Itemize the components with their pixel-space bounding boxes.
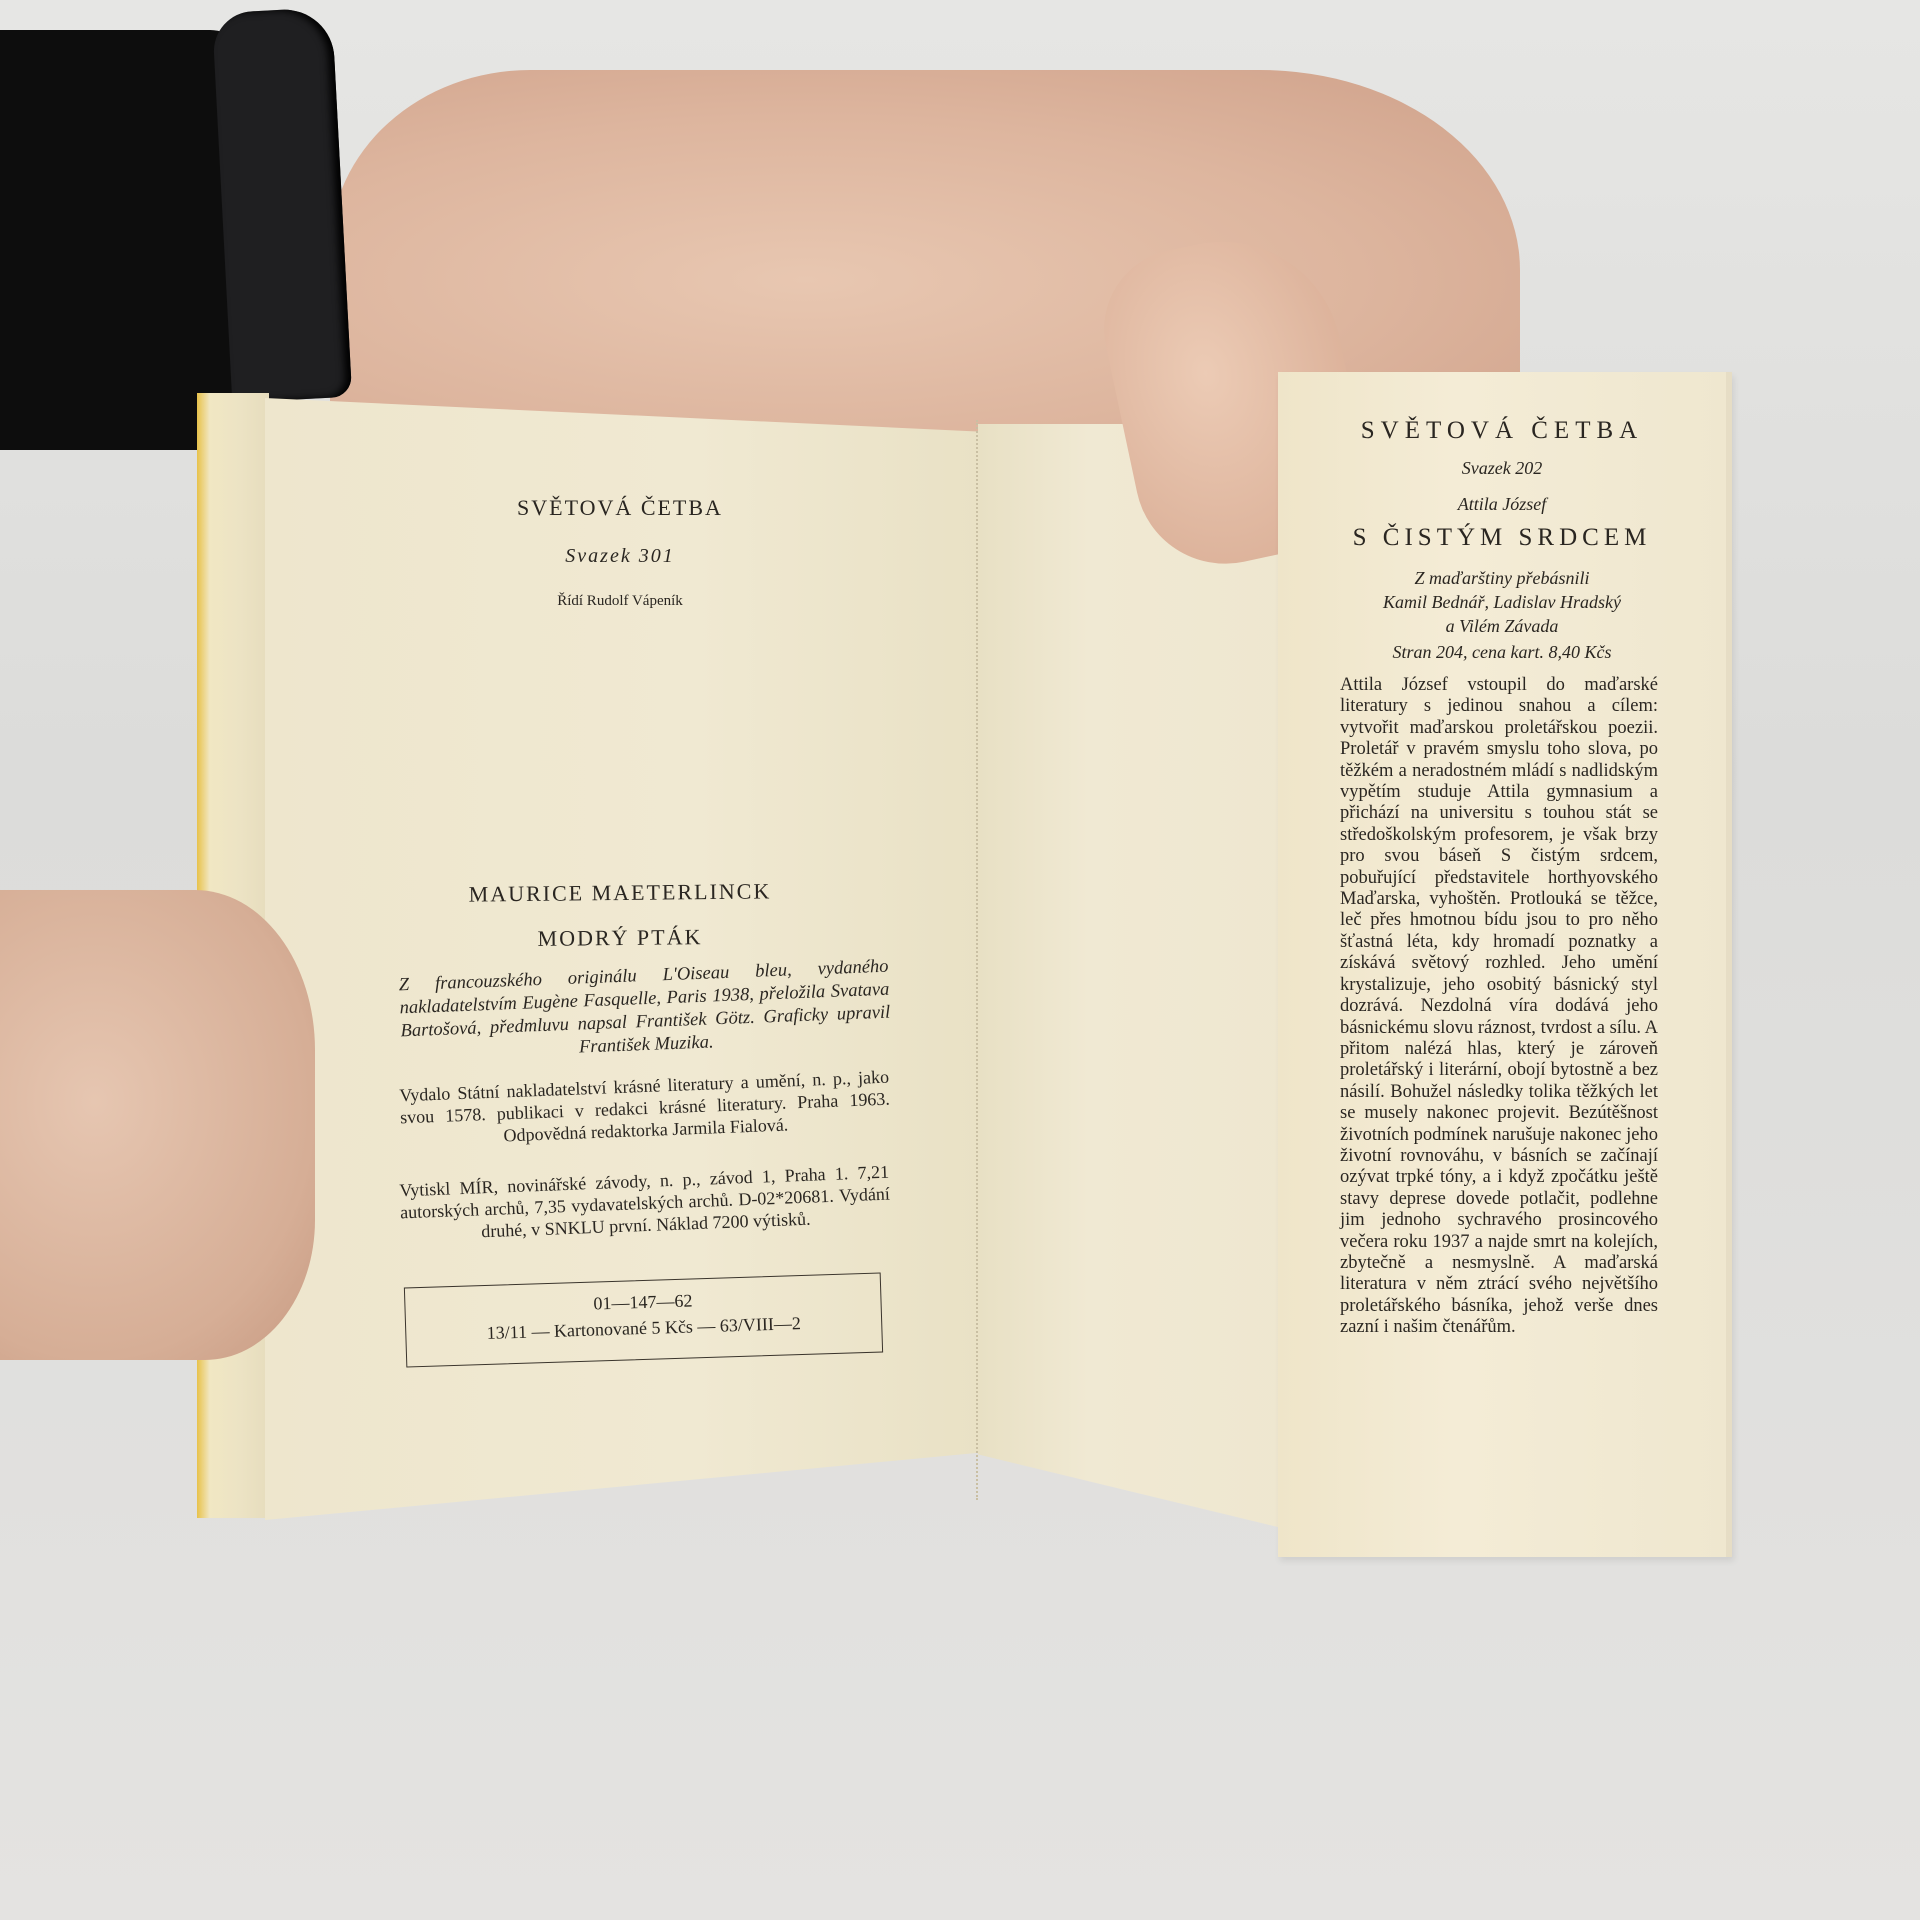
card-series: SVĚTOVÁ ČETBA: [1278, 417, 1726, 445]
card-price: Stran 204, cena kart. 8,40 Kčs: [1278, 642, 1726, 663]
card-volume: Svazek 202: [1278, 458, 1726, 479]
card-translators-line: Z maďarštiny přebásnili: [1278, 566, 1726, 590]
colophon-box: 01—147—62 13/11 — Kartonované 5 Kčs — 63…: [404, 1273, 883, 1368]
card-translators-line: a Vilém Závada: [1278, 614, 1726, 638]
card-description: Attila József vstoupil do maďarské liter…: [1340, 675, 1658, 1339]
series-editor: Řídí Rudolf Vápeník: [330, 593, 910, 610]
translation-note: Z francouzského originálu L'Oiseau bleu,…: [398, 956, 891, 1067]
card-translators-line: Kamil Bednář, Ladislav Hradský: [1278, 590, 1726, 614]
card-author: Attila József: [1278, 494, 1726, 515]
bookmark-card: SVĚTOVÁ ČETBA Svazek 202 Attila József S…: [1278, 372, 1732, 1557]
card-translators: Z maďarštiny přebásnili Kamil Bednář, La…: [1278, 566, 1726, 638]
series-title: SVĚTOVÁ ČETBA: [330, 495, 910, 521]
black-sleeve: [0, 30, 250, 450]
volume-number: Svazek 301: [330, 545, 910, 568]
card-title: S ČISTÝM SRDCEM: [1278, 524, 1726, 552]
lower-hand: [0, 890, 315, 1360]
book-gutter: [976, 420, 982, 1500]
wristband: [212, 7, 352, 403]
